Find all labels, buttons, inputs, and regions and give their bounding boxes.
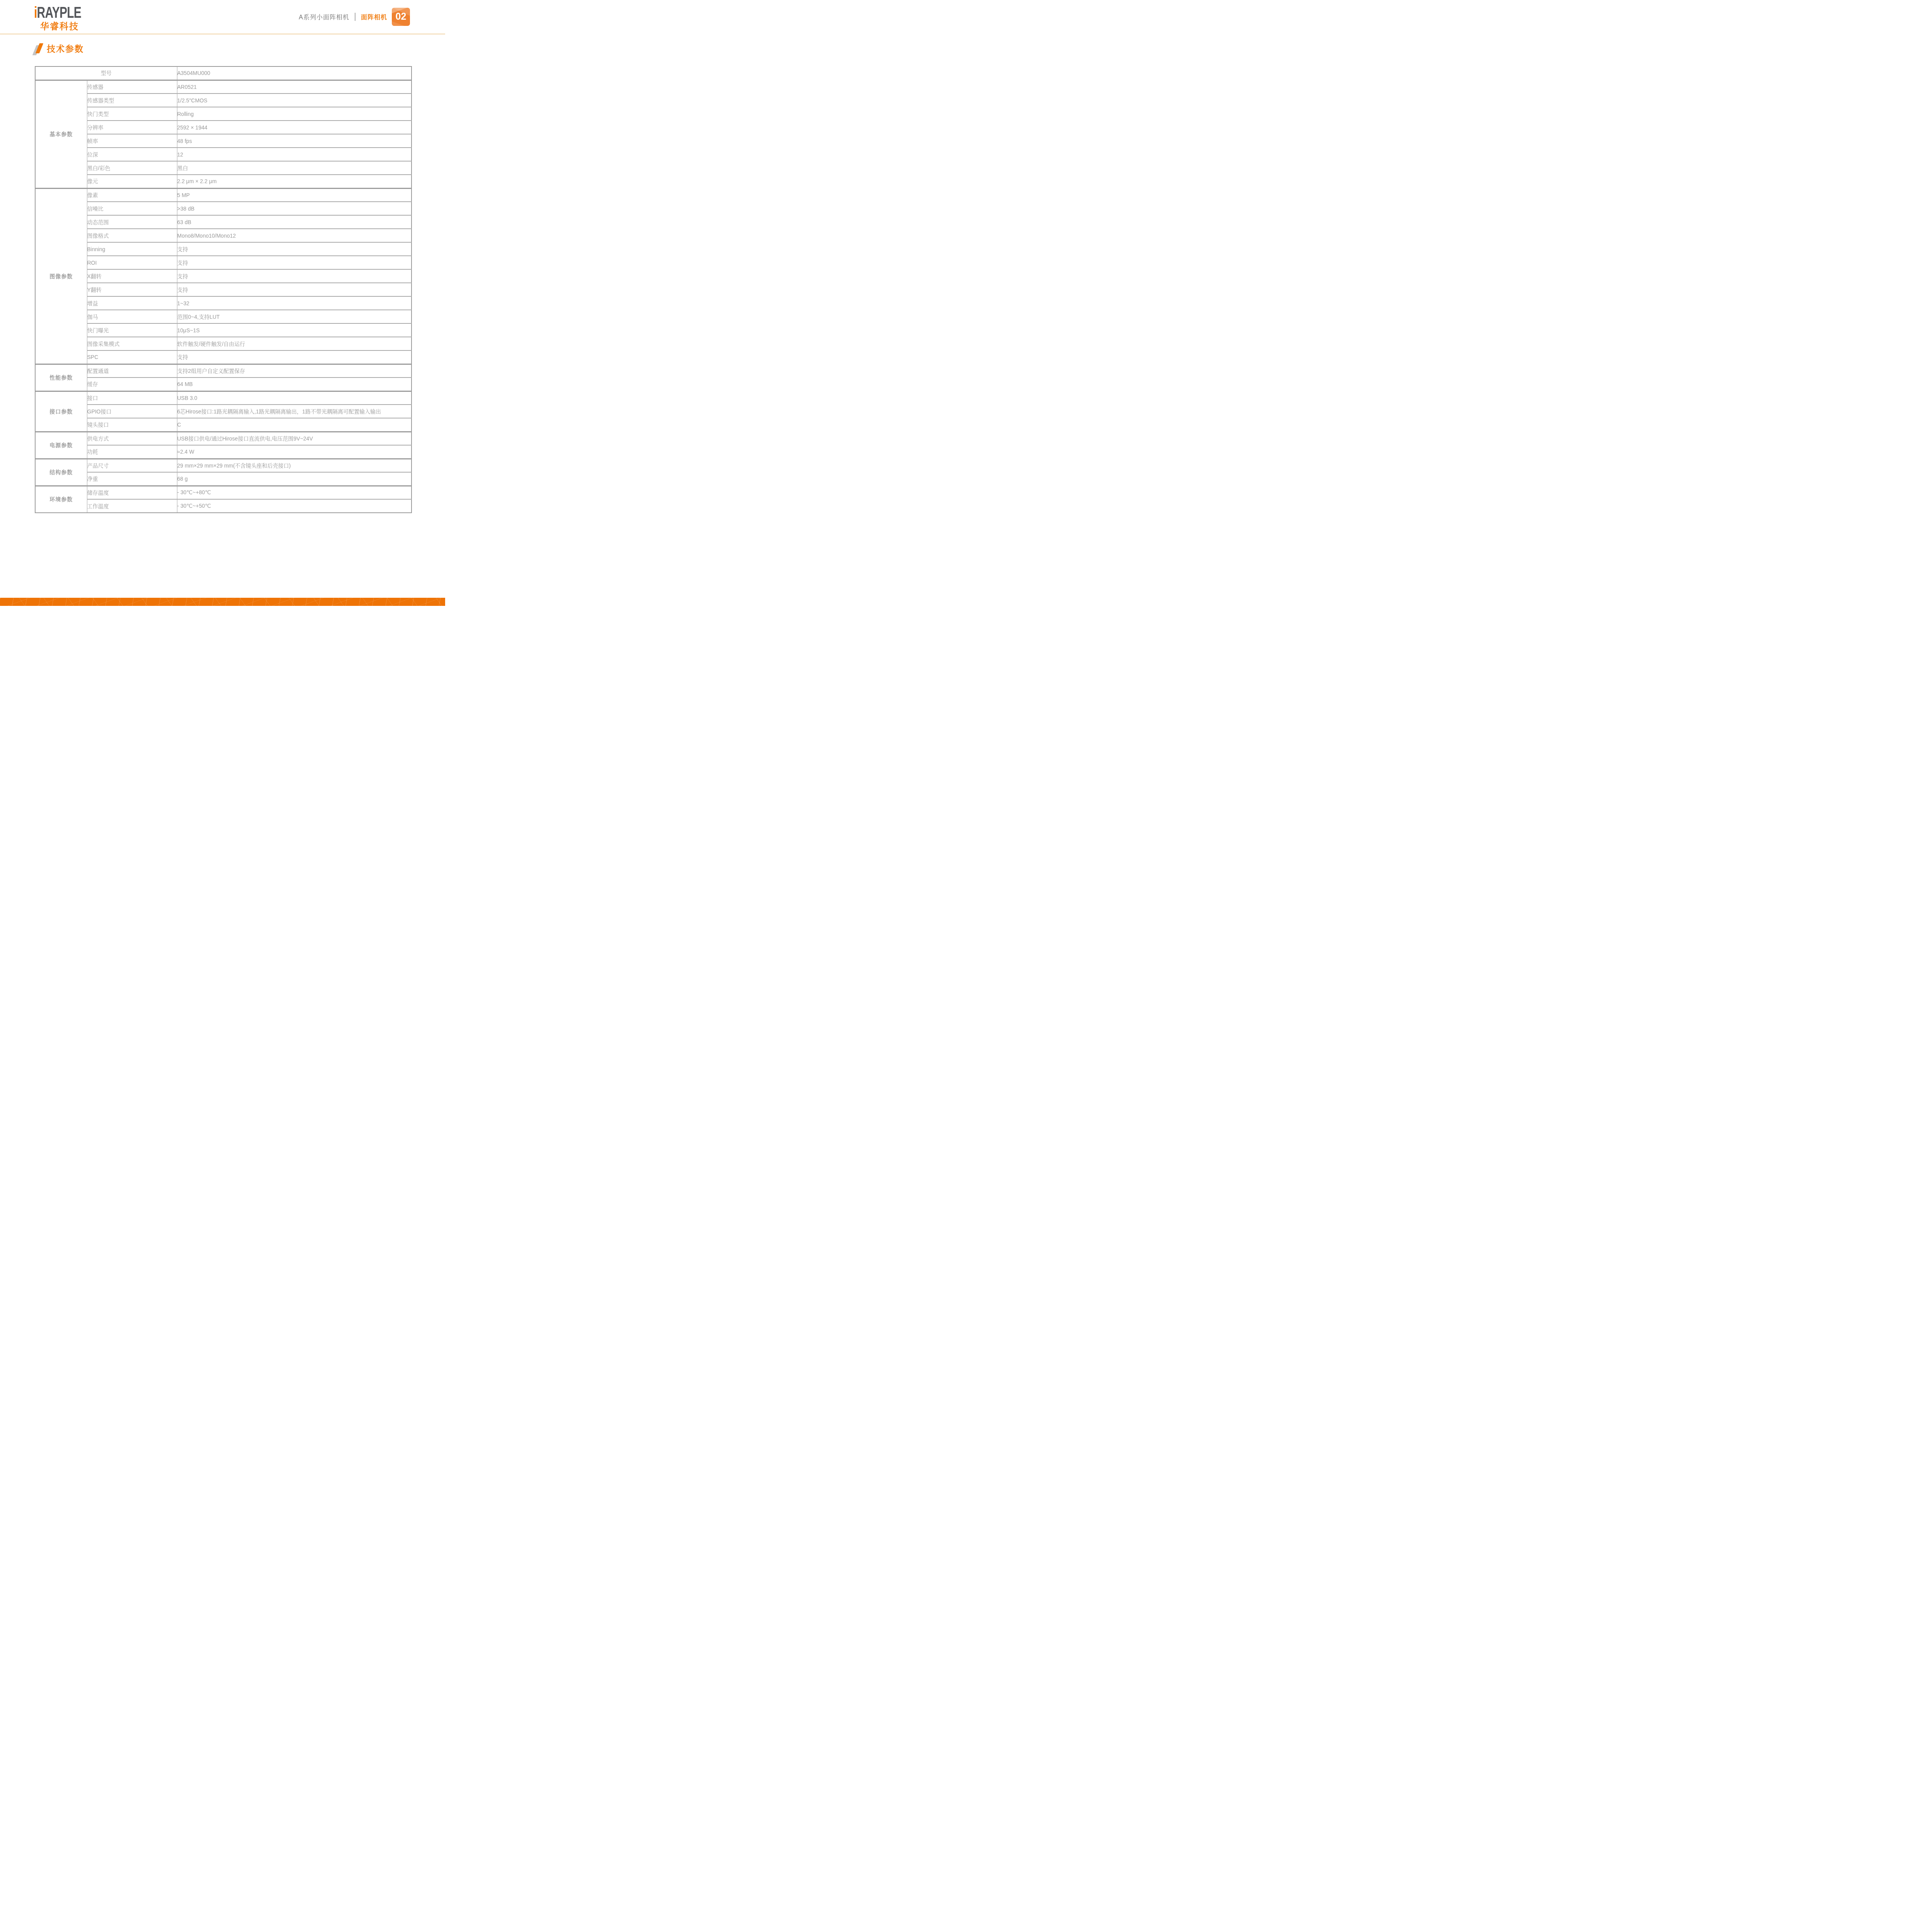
table-row: Y翻转支持	[35, 283, 412, 296]
table-row: 快门曝光10μS~1S	[35, 323, 412, 337]
table-row: 接口参数接口USB 3.0	[35, 391, 412, 405]
param-name: 图像格式	[87, 229, 177, 242]
param-name: 缓存	[87, 378, 177, 391]
table-row: 信噪比>38 dB	[35, 202, 412, 215]
slash-icon	[34, 43, 43, 55]
group-label: 接口参数	[35, 391, 87, 432]
param-value: USB 3.0	[177, 391, 412, 405]
model-value: A3504MU000	[177, 66, 412, 80]
param-name: 像元	[87, 175, 177, 188]
param-value: 29 mm×29 mm×29 mm(不含镜头座和后壳接口)	[177, 459, 412, 472]
table-row: 位深12	[35, 148, 412, 161]
header-meta: A系列小面阵相机 面阵相机 02	[299, 0, 410, 34]
table-row: 环境参数储存温度- 30℃~+80℃	[35, 486, 412, 499]
table-row: 伽马范围0~4,支持LUT	[35, 310, 412, 323]
param-name: 传感器	[87, 80, 177, 94]
param-name: 产品尺寸	[87, 459, 177, 472]
logo-letters-rest: RAYPLE	[37, 4, 81, 21]
param-value: 12	[177, 148, 412, 161]
param-value: 软件触发/硬件触发/自由运行	[177, 337, 412, 350]
param-value: 48 fps	[177, 134, 412, 148]
param-name: 净重	[87, 472, 177, 486]
param-value: USB接口供电/通过Hirose接口直流供电,电压范围9V~24V	[177, 432, 412, 445]
param-name: 动态范围	[87, 215, 177, 229]
table-row: 分辨率2592 × 1944	[35, 121, 412, 134]
table-row: 结构参数产品尺寸29 mm×29 mm×29 mm(不含镜头座和后壳接口)	[35, 459, 412, 472]
table-row: 黑白/彩色黑白	[35, 161, 412, 175]
page-header: iRAYPLE 华睿科技 A系列小面阵相机 面阵相机 02	[0, 0, 445, 34]
table-row: X翻转支持	[35, 269, 412, 283]
param-value: 64 MB	[177, 378, 412, 391]
param-name: 帧率	[87, 134, 177, 148]
param-value: 63 dB	[177, 215, 412, 229]
table-row: 增益1~32	[35, 296, 412, 310]
table-row: 动态范围63 dB	[35, 215, 412, 229]
group-label: 性能参数	[35, 364, 87, 391]
param-value: - 30℃~+50℃	[177, 499, 412, 513]
param-name: 镜头接口	[87, 418, 177, 432]
param-name: 黑白/彩色	[87, 161, 177, 175]
param-value: 68 g	[177, 472, 412, 486]
table-row: 镜头接口C	[35, 418, 412, 432]
param-value: 6芯Hirose接口:1路光耦隔离输入,1路光耦隔离输出，1路不带光耦隔离可配置…	[177, 405, 412, 418]
param-name: 伽马	[87, 310, 177, 323]
header-rule	[0, 34, 445, 34]
param-name: 快门曝光	[87, 323, 177, 337]
brand-logo: iRAYPLE 华睿科技	[34, 5, 97, 31]
footer-decoration-bar	[0, 598, 445, 606]
param-name: SPC	[87, 350, 177, 364]
table-row: 图像参数像素5 MP	[35, 188, 412, 202]
table-row: 净重68 g	[35, 472, 412, 486]
datasheet-page: iRAYPLE 华睿科技 A系列小面阵相机 面阵相机 02 技术参数 型号 A3…	[0, 0, 445, 606]
param-name: ROI	[87, 256, 177, 269]
param-name: 供电方式	[87, 432, 177, 445]
param-name: 图像采集模式	[87, 337, 177, 350]
param-name: GPIO接口	[87, 405, 177, 418]
section-title: 技术参数	[47, 43, 84, 55]
table-row: 图像采集模式软件触发/硬件触发/自由运行	[35, 337, 412, 350]
table-row: Binning支持	[35, 242, 412, 256]
param-name: Y翻转	[87, 283, 177, 296]
header-divider	[355, 13, 355, 21]
param-name: 位深	[87, 148, 177, 161]
group-label: 结构参数	[35, 459, 87, 486]
param-value: 支持	[177, 350, 412, 364]
param-value: Mono8/Mono10/Mono12	[177, 229, 412, 242]
model-row: 型号 A3504MU000	[35, 66, 412, 80]
spec-table-body: 型号 A3504MU000 基本参数传感器AR0521传感器类型1/2.5"CM…	[35, 66, 412, 513]
param-name: 像素	[87, 188, 177, 202]
doc-series-title: A系列小面阵相机	[299, 12, 349, 21]
param-value: 黑白	[177, 161, 412, 175]
param-name: 快门类型	[87, 107, 177, 121]
group-label: 电源参数	[35, 432, 87, 459]
table-row: 像元2.2 μm × 2.2 μm	[35, 175, 412, 188]
param-name: X翻转	[87, 269, 177, 283]
param-value: >38 dB	[177, 202, 412, 215]
table-row: 功耗≈2.4 W	[35, 445, 412, 459]
param-value: 支持2组用户自定义配置保存	[177, 364, 412, 378]
logo-letter-i: i	[34, 4, 37, 21]
param-name: 接口	[87, 391, 177, 405]
param-value: ≈2.4 W	[177, 445, 412, 459]
table-row: 帧率48 fps	[35, 134, 412, 148]
param-name: 传感器类型	[87, 94, 177, 107]
param-name: 工作温度	[87, 499, 177, 513]
param-value: - 30℃~+80℃	[177, 486, 412, 499]
logo-subtitle: 华睿科技	[40, 22, 97, 31]
table-row: SPC支持	[35, 350, 412, 364]
table-row: 电源参数供电方式USB接口供电/通过Hirose接口直流供电,电压范围9V~24…	[35, 432, 412, 445]
param-value: 10μS~1S	[177, 323, 412, 337]
group-label: 基本参数	[35, 80, 87, 188]
group-label: 环境参数	[35, 486, 87, 513]
table-row: 快门类型Rolling	[35, 107, 412, 121]
param-value: 支持	[177, 283, 412, 296]
table-row: 传感器类型1/2.5"CMOS	[35, 94, 412, 107]
page-number-badge: 02	[392, 8, 410, 26]
table-row: 性能参数配置通道支持2组用户自定义配置保存	[35, 364, 412, 378]
table-row: 图像格式Mono8/Mono10/Mono12	[35, 229, 412, 242]
logo-wordmark: iRAYPLE	[34, 5, 81, 20]
param-value: AR0521	[177, 80, 412, 94]
param-value: 支持	[177, 269, 412, 283]
param-name: 分辨率	[87, 121, 177, 134]
param-value: 2592 × 1944	[177, 121, 412, 134]
section-header: 技术参数	[34, 43, 84, 55]
param-value: 2.2 μm × 2.2 μm	[177, 175, 412, 188]
param-value: 1~32	[177, 296, 412, 310]
param-name: 增益	[87, 296, 177, 310]
doc-category: 面阵相机	[361, 12, 387, 21]
model-label: 型号	[35, 66, 177, 80]
table-row: 缓存64 MB	[35, 378, 412, 391]
table-row: 基本参数传感器AR0521	[35, 80, 412, 94]
param-name: 配置通道	[87, 364, 177, 378]
group-label: 图像参数	[35, 188, 87, 364]
param-name: 储存温度	[87, 486, 177, 499]
param-value: 1/2.5"CMOS	[177, 94, 412, 107]
param-value: Rolling	[177, 107, 412, 121]
table-row: ROI支持	[35, 256, 412, 269]
param-name: 信噪比	[87, 202, 177, 215]
param-value: 范围0~4,支持LUT	[177, 310, 412, 323]
param-name: 功耗	[87, 445, 177, 459]
param-value: 5 MP	[177, 188, 412, 202]
spec-table: 型号 A3504MU000 基本参数传感器AR0521传感器类型1/2.5"CM…	[35, 66, 412, 513]
param-value: C	[177, 418, 412, 432]
param-name: Binning	[87, 242, 177, 256]
param-value: 支持	[177, 256, 412, 269]
param-value: 支持	[177, 242, 412, 256]
table-row: 工作温度- 30℃~+50℃	[35, 499, 412, 513]
table-row: GPIO接口6芯Hirose接口:1路光耦隔离输入,1路光耦隔离输出，1路不带光…	[35, 405, 412, 418]
